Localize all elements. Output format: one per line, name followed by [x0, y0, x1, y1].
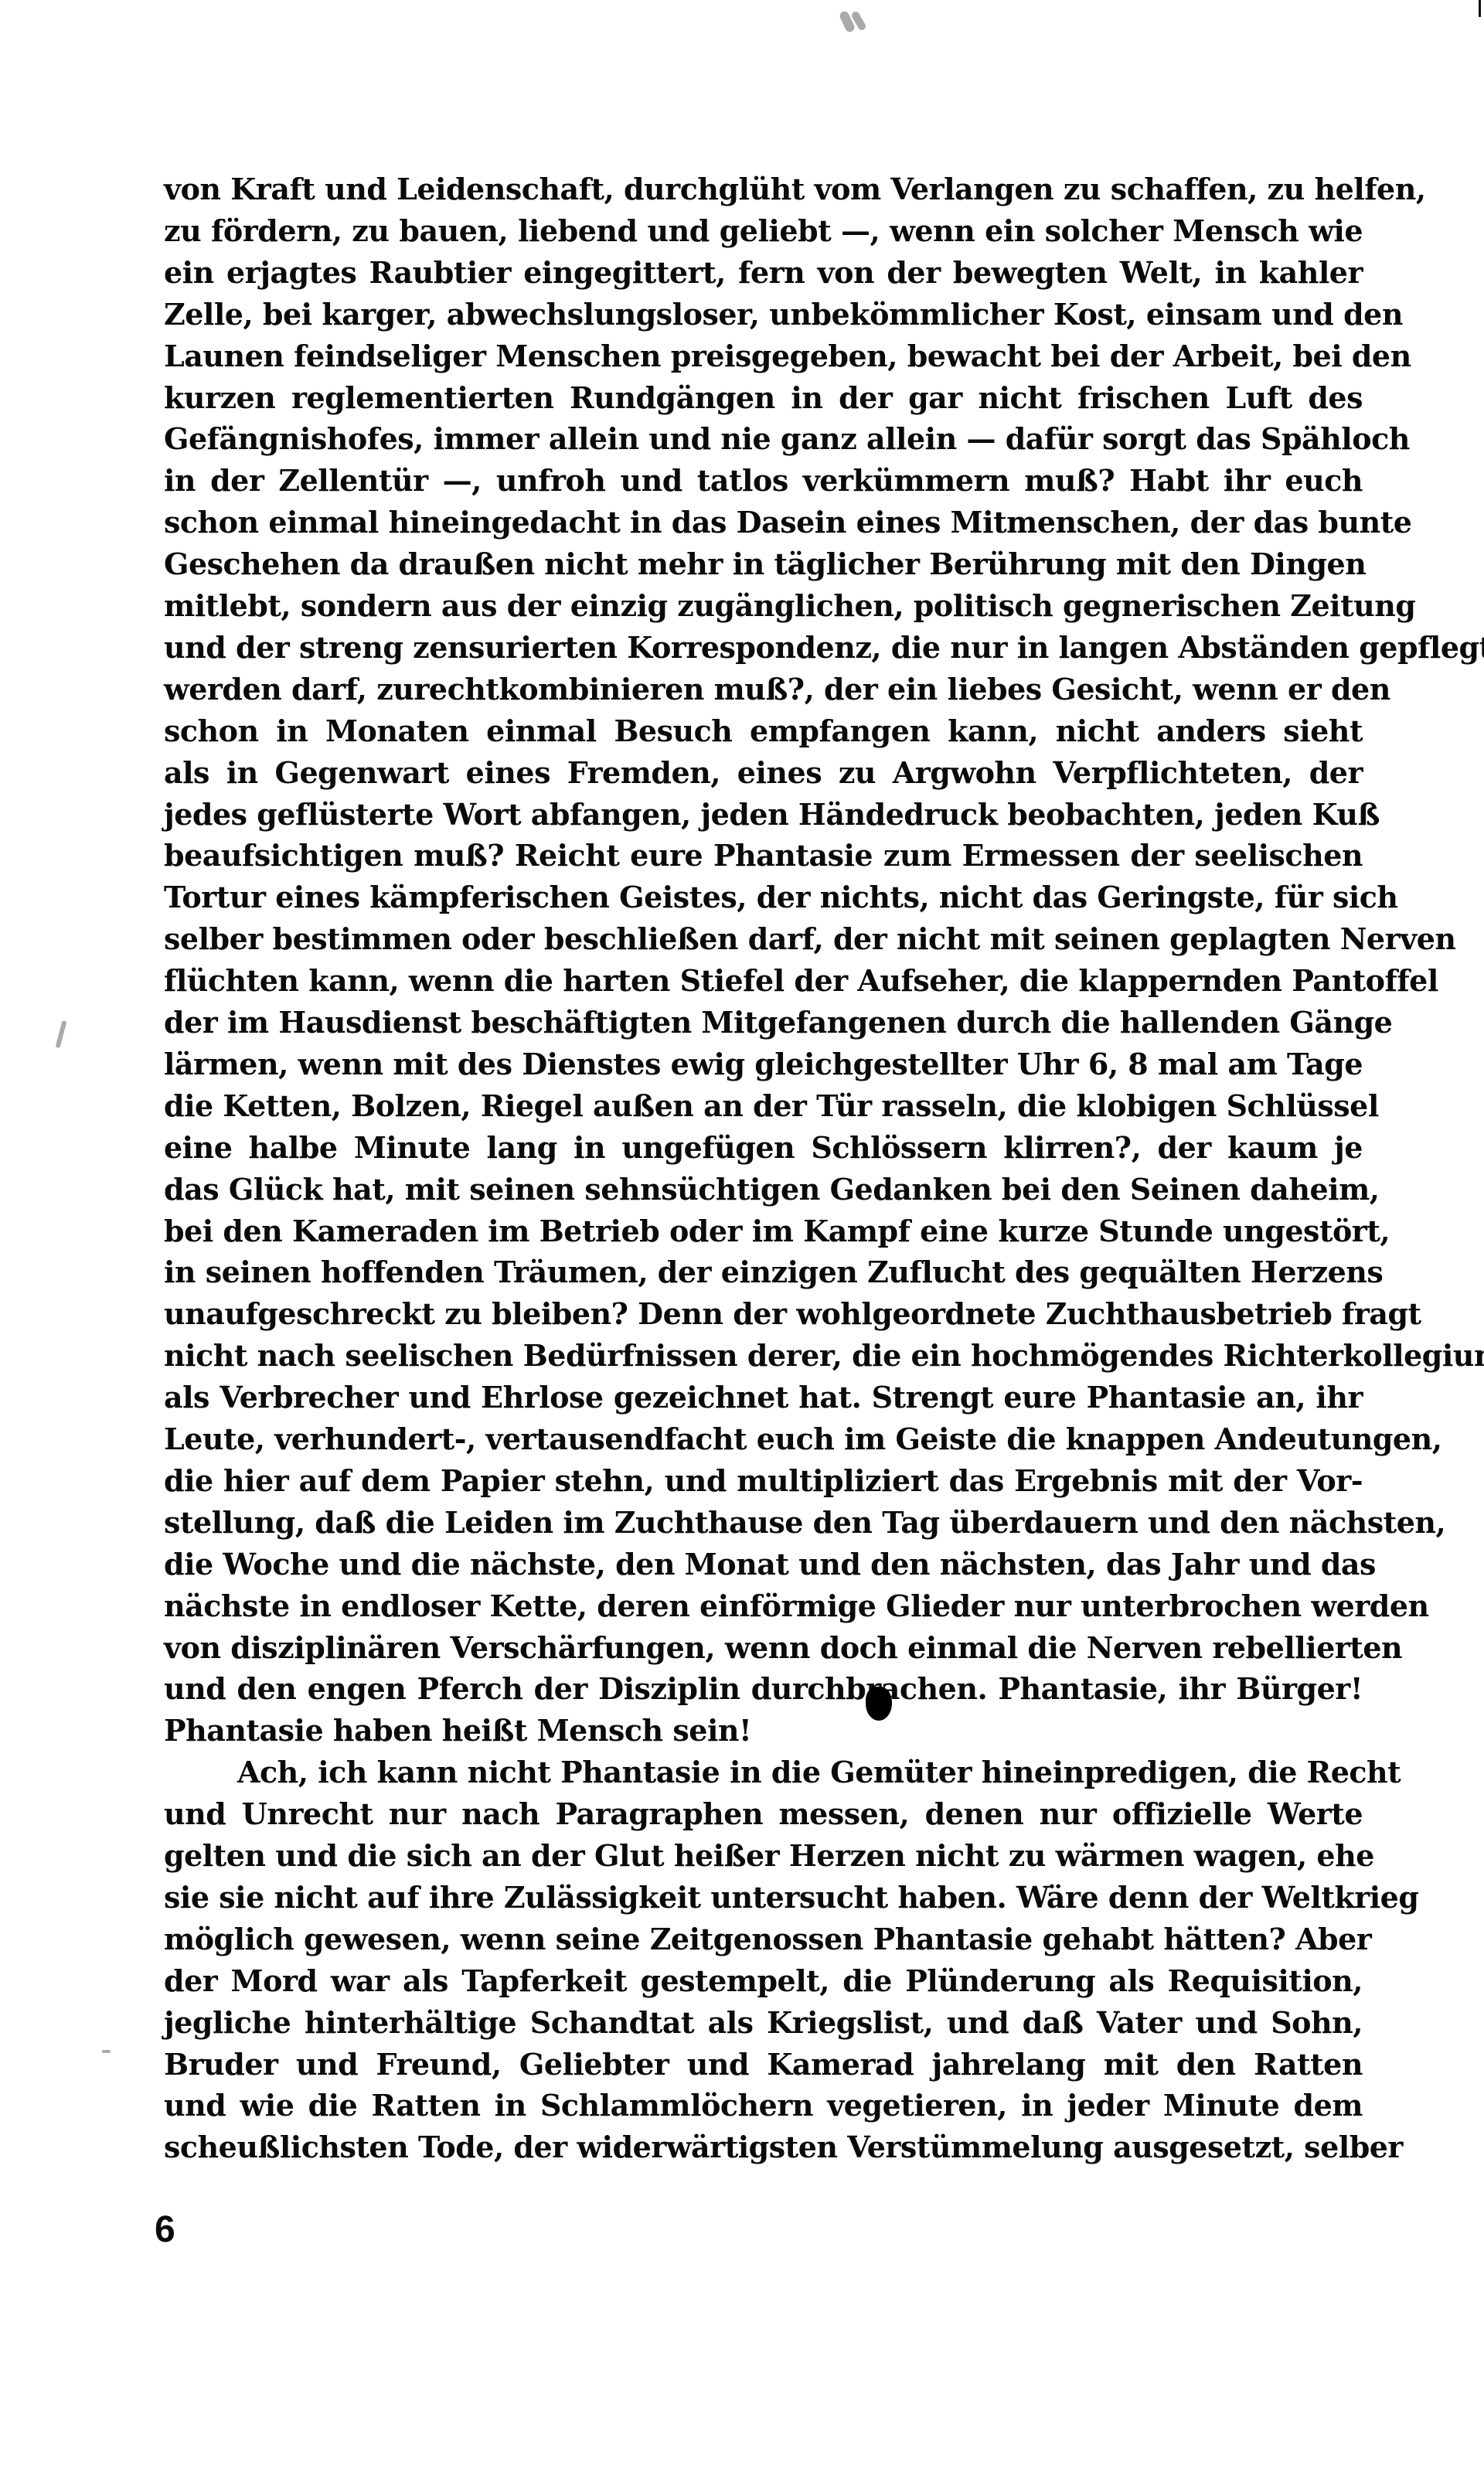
- text-line: nächste in endloser Kette, deren einförm…: [164, 1585, 1363, 1627]
- text-line: die Ketten, Bolzen, Riegel außen an der …: [164, 1085, 1363, 1127]
- text-line: in seinen hoffenden Träumen, der einzige…: [164, 1251, 1363, 1293]
- text-line: Tortur eines kämpferischen Geistes, der …: [164, 877, 1363, 918]
- text-line: bei den Kameraden im Betrieb oder im Kam…: [164, 1210, 1363, 1252]
- text-line: Geschehen da draußen nicht mehr in tägli…: [164, 543, 1363, 585]
- text-line: und der streng zensurierten Korresponden…: [164, 627, 1363, 669]
- text-line: Phantasie haben heißt Mensch sein!: [164, 1710, 1363, 1752]
- text-line: und den engen Pferch der Disziplin durch…: [164, 1668, 1363, 1710]
- text-line: Bruder und Freund, Geliebter und Kamerad…: [164, 2044, 1363, 2086]
- text-line: schon einmal hineingedacht in das Dasein…: [164, 502, 1363, 543]
- text-line: die Woche und die nächste, den Monat und…: [164, 1544, 1363, 1585]
- text-line: möglich gewesen, wenn seine Zeitgenossen…: [164, 1919, 1363, 1960]
- text-line: eine halbe Minute lang in ungefügen Schl…: [164, 1127, 1363, 1169]
- text-line: zu fördern, zu bauen, liebend und gelieb…: [164, 210, 1363, 252]
- text-line: beaufsichtigen muß? Reicht eure Phantasi…: [164, 835, 1363, 877]
- text-line: Gefängnishofes, immer allein und nie gan…: [164, 418, 1363, 460]
- ink-blot: [866, 1687, 892, 1721]
- text-line: jegliche hinterhältige Schandtat als Kri…: [164, 2002, 1363, 2044]
- text-line: in der Zellentür —, unfroh und tatlos ve…: [164, 460, 1363, 502]
- text-line: und Unrecht nur nach Paragraphen messen,…: [164, 1793, 1363, 1835]
- text-line: Zelle, bei karger, abwechslungsloser, un…: [164, 294, 1363, 335]
- text-line: Launen feindseliger Menschen preisgegebe…: [164, 335, 1363, 377]
- scan-smudge-left: [55, 1020, 66, 1048]
- text-line: als Verbrecher und Ehrlose gezeichnet ha…: [164, 1377, 1363, 1418]
- text-line: und wie die Ratten in Schlammlöchern veg…: [164, 2085, 1363, 2126]
- text-line: nicht nach seelischen Bedürfnissen derer…: [164, 1335, 1363, 1377]
- text-line: Leute, verhundert-, vertausendfacht euch…: [164, 1418, 1363, 1460]
- text-line: als in Gegenwart eines Fremden, eines zu…: [164, 752, 1363, 794]
- text-line: lärmen, wenn mit des Dienstes ewig gleic…: [164, 1044, 1363, 1085]
- text-line: kurzen reglementierten Rundgängen in der…: [164, 377, 1363, 419]
- text-line: flüchten kann, wenn die harten Stiefel d…: [164, 960, 1363, 1002]
- text-line: ein erjagtes Raubtier eingegittert, fern…: [164, 252, 1363, 294]
- text-line: jedes geflüsterte Wort abfangen, jeden H…: [164, 794, 1363, 836]
- scan-edge-line: [1479, 0, 1481, 17]
- text-line: selber bestimmen oder beschließen darf, …: [164, 918, 1363, 960]
- text-line: gelten und die sich an der Glut heißer H…: [164, 1835, 1363, 1877]
- page-number: 6: [155, 2209, 175, 2251]
- text-line: sie sie nicht auf ihre Zulässigkeit unte…: [164, 1877, 1363, 1919]
- text-line: von Kraft und Leidenschaft, durchglüht v…: [164, 169, 1363, 210]
- text-line: Ach, ich kann nicht Phantasie in die Gem…: [237, 1752, 1363, 1793]
- text-line: der im Hausdienst beschäftigten Mitgefan…: [164, 1002, 1363, 1044]
- scan-smudge-left-2: [102, 2050, 111, 2053]
- text-line: die hier auf dem Papier stehn, und multi…: [164, 1460, 1363, 1502]
- text-line: unaufgeschreckt zu bleiben? Denn der woh…: [164, 1293, 1363, 1335]
- text-line: werden darf, zurechtkombinieren muß?, de…: [164, 669, 1363, 710]
- text-line: von disziplinären Verschärfungen, wenn d…: [164, 1627, 1363, 1669]
- text-line: der Mord war als Tapferkeit gestempelt, …: [164, 1960, 1363, 2002]
- text-line: schon in Monaten einmal Besuch empfangen…: [164, 710, 1363, 752]
- text-line: stellung, daß die Leiden im Zuchthause d…: [164, 1502, 1363, 1544]
- text-line: scheußlichsten Tode, der widerwärtigsten…: [164, 2126, 1363, 2168]
- book-page: von Kraft und Leidenschaft, durchglüht v…: [0, 0, 1484, 2489]
- text-line: mitlebt, sondern aus der einzig zugängli…: [164, 585, 1363, 627]
- text-line: das Glück hat, mit seinen sehnsüchtigen …: [164, 1169, 1363, 1210]
